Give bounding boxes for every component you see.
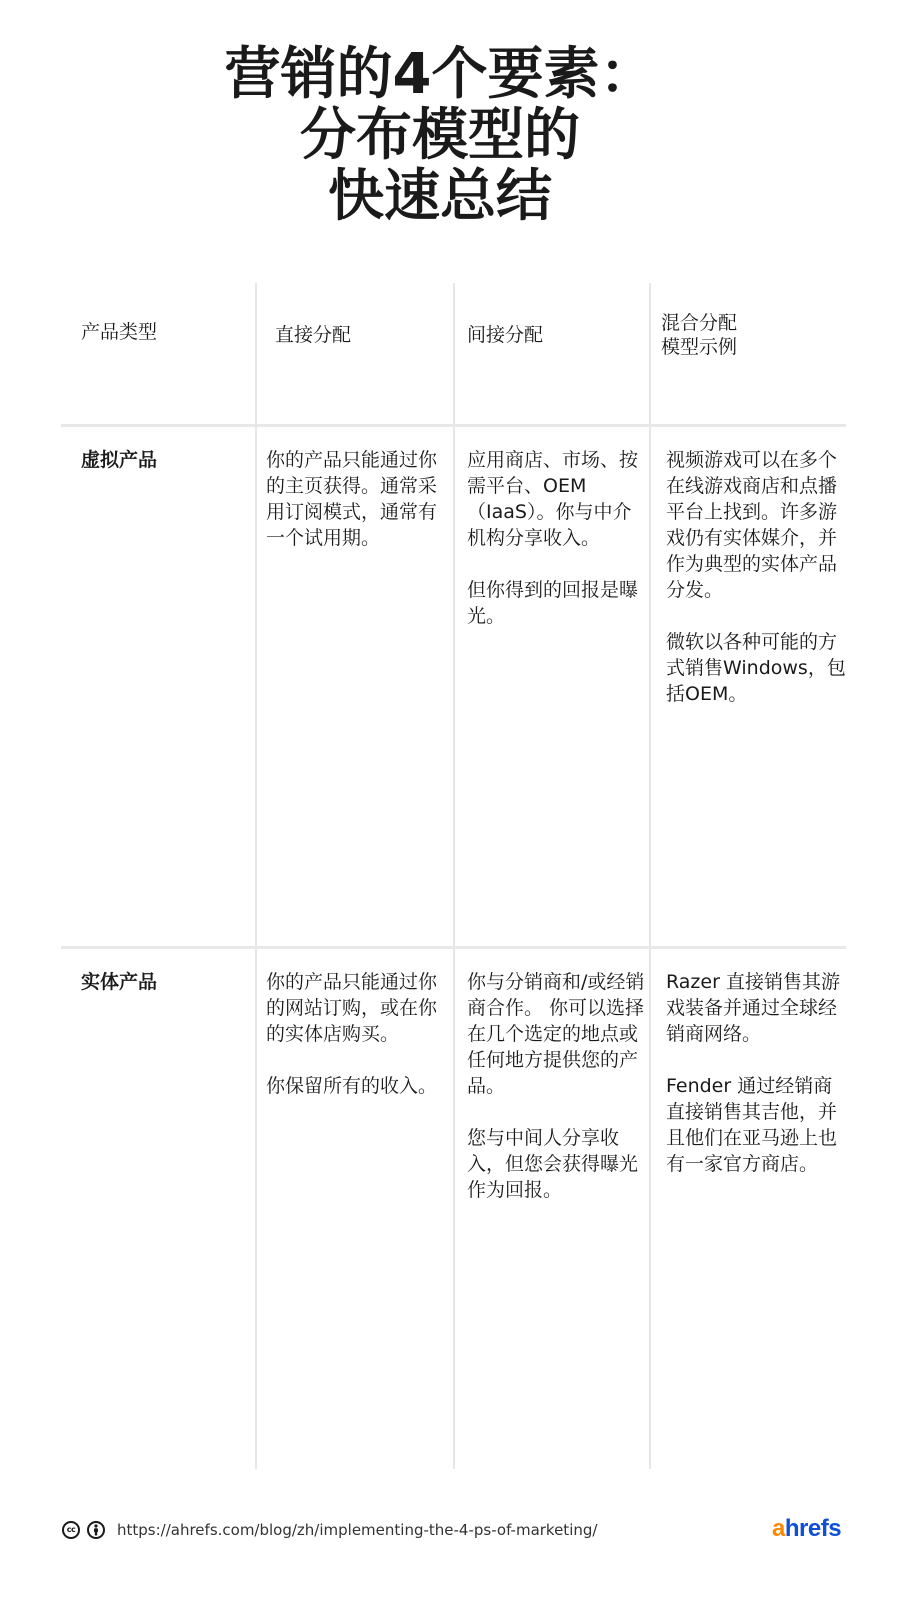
cell-text: 你与分销商和/或经销商合作。 你可以选择在几个选定的地点或任何地方提供您的产品。 — [467, 969, 647, 1099]
cell-text: 你保留所有的收入。 — [266, 1073, 448, 1099]
cc-text: cc — [67, 1526, 75, 1534]
source-url-link[interactable]: https://ahrefs.com/blog/zh/implementing-… — [117, 1521, 597, 1539]
cell-text: 微软以各种可能的方式销售Windows，包括OEM。 — [666, 629, 846, 707]
cell-virtual-indirect: 应用商店、市场、按需平台、OEM（IaaS）。你与中介机构分享收入。 但你得到的… — [467, 447, 647, 629]
header-direct: 直接分配 — [275, 323, 351, 347]
row-divider — [61, 946, 846, 949]
header-hybrid: 混合分配 模型示例 — [661, 311, 737, 359]
cell-text: 但你得到的回报是曝光。 — [467, 577, 647, 629]
cell-physical-direct: 你的产品只能通过你的网站订购，或在你的实体店购买。 你保留所有的收入。 — [266, 969, 448, 1099]
title-line-2: 分布模型的 — [0, 105, 880, 166]
column-divider — [255, 283, 257, 1469]
cell-physical-indirect: 你与分销商和/或经销商合作。 你可以选择在几个选定的地点或任何地方提供您的产品。… — [467, 969, 647, 1203]
cell-physical-hybrid: Razer 直接销售其游戏装备并通过全球经销商网络。 Fender 通过经销商直… — [666, 969, 846, 1177]
row-divider — [61, 424, 846, 427]
cell-text: 应用商店、市场、按需平台、OEM（IaaS）。你与中介机构分享收入。 — [467, 447, 647, 551]
row-label-virtual: 虚拟产品 — [81, 448, 157, 472]
column-divider — [453, 283, 455, 1469]
ahrefs-logo[interactable]: ahrefs — [772, 1515, 841, 1543]
distribution-table: 产品类型 直接分配 间接分配 混合分配 模型示例 虚拟产品 你的产品只能通过你的… — [61, 283, 846, 1469]
creative-commons-icon: cc — [62, 1521, 80, 1539]
header-indirect: 间接分配 — [467, 323, 543, 347]
cell-text: 视频游戏可以在多个在线游戏商店和点播平台上找到。许多游戏仍有实体媒介，并作为典型… — [666, 447, 846, 603]
title-line-3: 快速总结 — [0, 166, 880, 227]
cell-text: Razer 直接销售其游戏装备并通过全球经销商网络。 — [666, 969, 846, 1047]
cell-virtual-direct: 你的产品只能通过你的主页获得。通常采用订阅模式，通常有一个试用期。 — [266, 447, 448, 551]
header-product-type: 产品类型 — [81, 320, 157, 344]
logo-hrefs: hrefs — [785, 1515, 841, 1542]
row-label-physical: 实体产品 — [81, 970, 157, 994]
page-title: 营销的4个要素： 分布模型的 快速总结 — [0, 44, 880, 227]
cell-virtual-hybrid: 视频游戏可以在多个在线游戏商店和点播平台上找到。许多游戏仍有实体媒介，并作为典型… — [666, 447, 846, 707]
cell-text: 你的产品只能通过你的主页获得。通常采用订阅模式，通常有一个试用期。 — [266, 447, 448, 551]
column-divider — [649, 283, 651, 1469]
cell-text: 您与中间人分享收入，但您会获得曝光作为回报。 — [467, 1125, 647, 1203]
cell-text: 你的产品只能通过你的网站订购，或在你的实体店购买。 — [266, 969, 448, 1047]
title-line-1: 营销的4个要素： — [0, 44, 880, 105]
cell-text: Fender 通过经销商直接销售其吉他，并且他们在亚马逊上也有一家官方商店。 — [666, 1073, 846, 1177]
footer: cc https://ahrefs.com/blog/zh/implementi… — [62, 1519, 597, 1541]
logo-a: a — [772, 1515, 785, 1542]
attribution-person-icon — [87, 1521, 105, 1539]
